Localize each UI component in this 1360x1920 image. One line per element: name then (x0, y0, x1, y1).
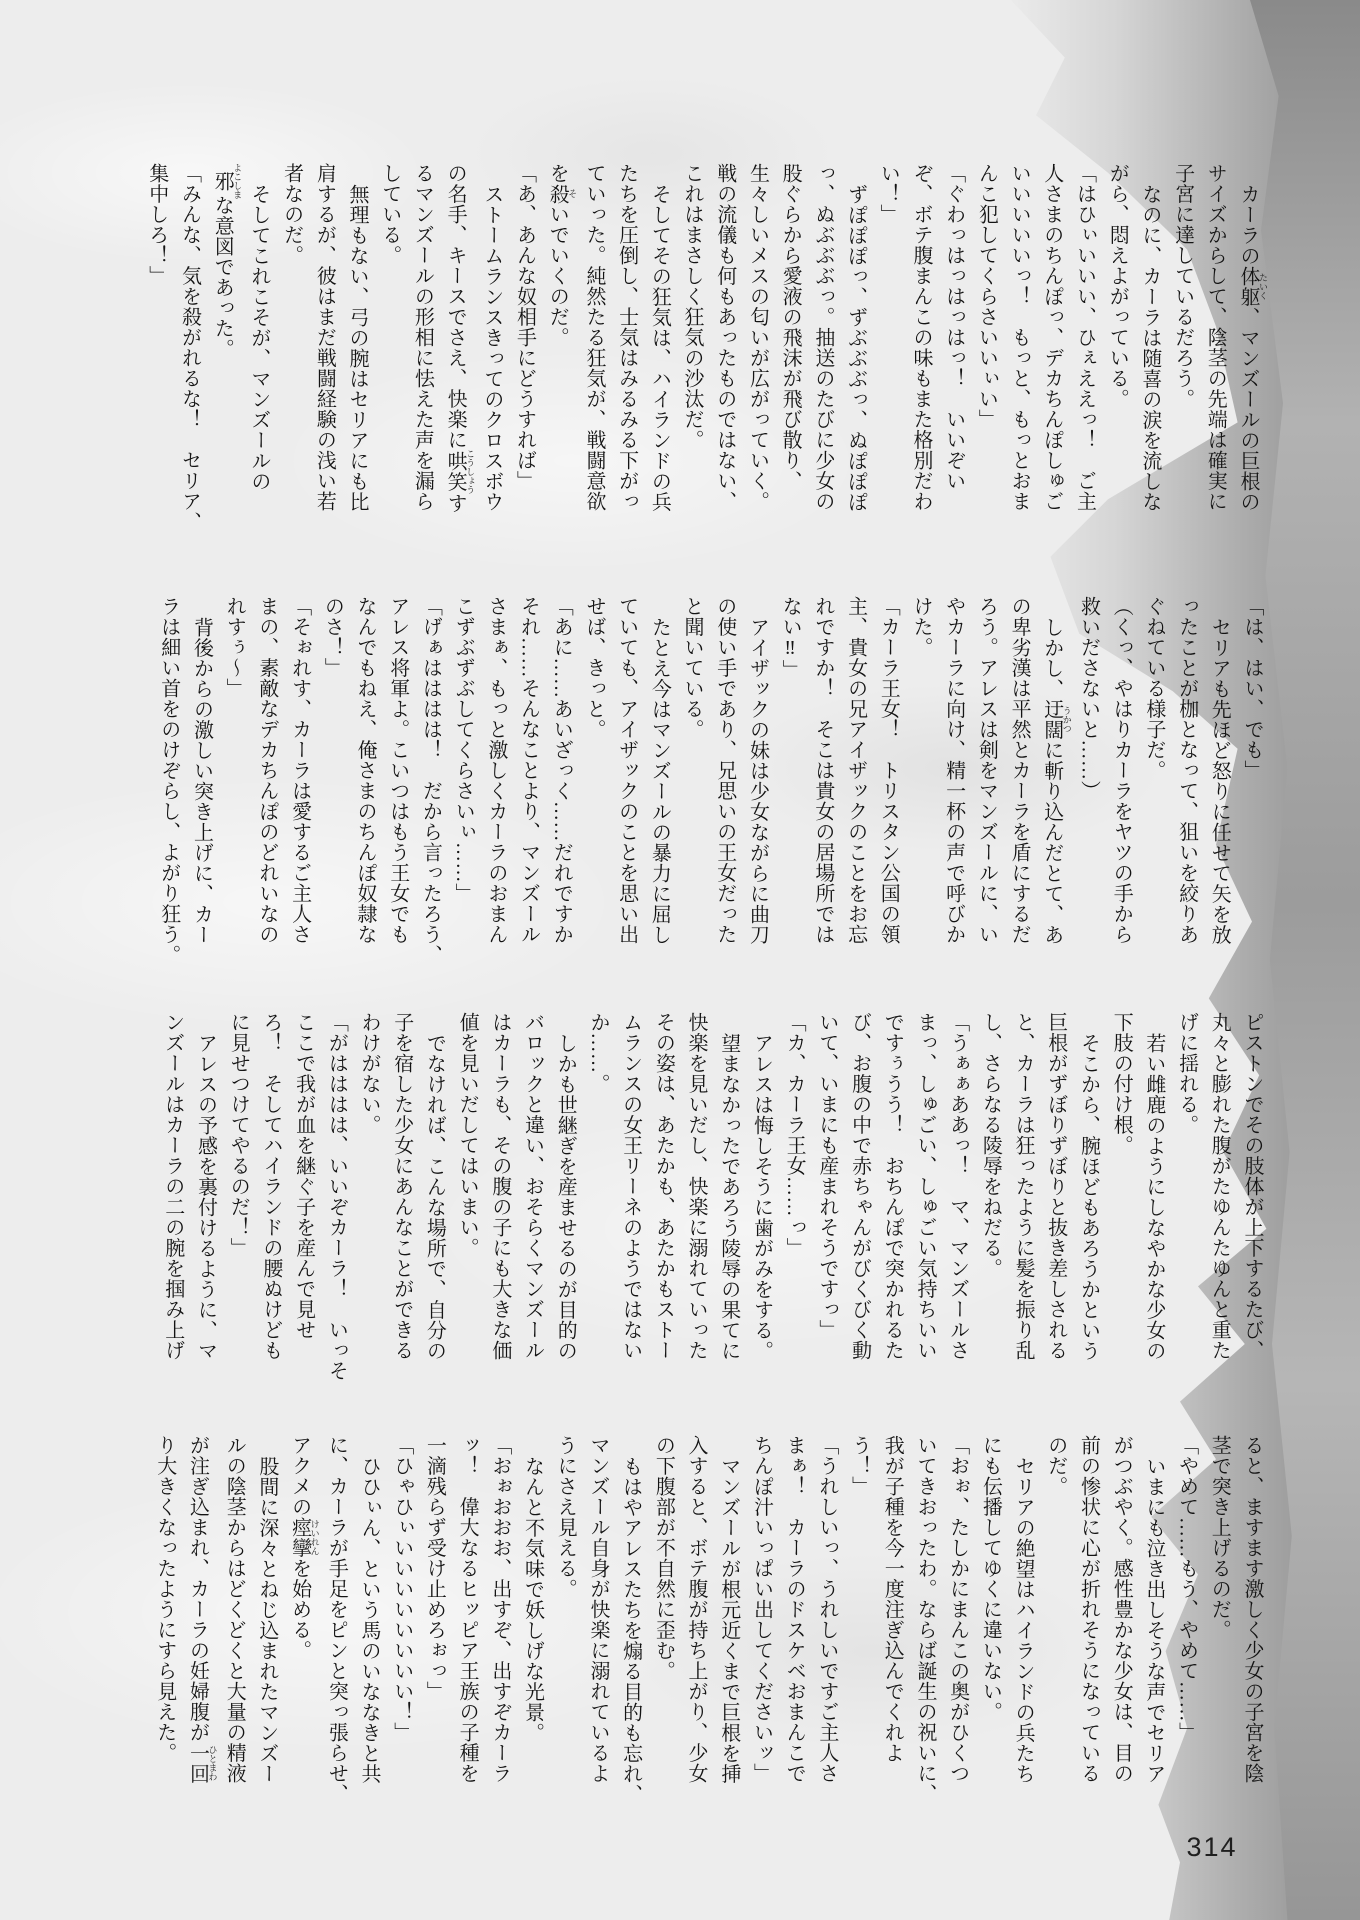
text-column: けた。 (904, 596, 937, 990)
text-column: 我が子種を今一度注ぎ込んでくれよ (876, 1435, 909, 1829)
text-column: そしてその狂気は、ハイランドの兵 (643, 163, 676, 557)
ruby-annotated-word: 殺そ (546, 184, 568, 205)
text-column: 茎で突き上げるのだ。 (1203, 1435, 1236, 1829)
text-column: いてきおったわ。ならば誕生の祝いに、 (908, 1435, 941, 1829)
text-column: のさ！」 (316, 596, 349, 990)
text-column: にも伝播してゆくに違いない。 (974, 1435, 1007, 1829)
text-column: ピストンでその肢体が上下するたび、 (1235, 1012, 1268, 1406)
text-column: う！」 (843, 1435, 876, 1829)
text-column: やカーラに向け、精一杯の声で呼びか (937, 596, 970, 990)
text-column: ラは細い首をのけぞらし、よがり狂う。 (152, 596, 185, 990)
text-column: いまにも泣き出しそうな声でセリア (1137, 1435, 1170, 1829)
text-column: マンズール自身が快楽に溺れているよ (581, 1435, 614, 1829)
text-column: 者なのだ。 (275, 163, 308, 557)
text-column: のだ。 (1039, 1435, 1072, 1829)
ruby-annotated-word: 体躯たいく (1237, 266, 1259, 307)
text-column: 入すると、ボテ腹が持ち上がり、少女 (679, 1435, 712, 1829)
text-column: 下肢の付け根。 (1104, 1012, 1137, 1406)
text-column: か……。 (581, 1012, 614, 1406)
text-column: の名手、キースでさえ、快楽に哄笑こうしょうす (438, 163, 475, 557)
text-column: こずぶずぶしてくらさいぃ……」 (446, 596, 479, 990)
text-column: さまぁ、もっと激しくカーラのおまん (479, 596, 512, 990)
text-column: っ、ぬぶぶぶっ。抽送のたびに少女の (806, 163, 839, 557)
ruby-annotated-word: 哄笑こうしょう (444, 450, 466, 493)
text-column: 子宮に達しているだろう。 (1166, 163, 1199, 557)
text-column: その姿は、あたかも、あたかもストー (647, 1012, 680, 1406)
text-column: ストームランスきってのクロスボウ (475, 163, 508, 557)
text-column: 若い雌鹿のようにしなやかな少女の (1137, 1012, 1170, 1406)
text-column: に見せつけてやるのだ！」 (222, 1012, 255, 1406)
text-column: い！」 (872, 163, 905, 557)
text-column: と、カーラは狂ったように髪を振り乱 (1006, 1012, 1039, 1406)
text-column: れですか！ そこは貴女の居場所では (806, 596, 839, 990)
text-column: ひひぃん、という馬のいななきと共 (352, 1435, 385, 1829)
text-column: 戦の流儀も何もあったものではない、 (708, 163, 741, 557)
text-column: を殺そいでいくのだ。 (541, 163, 578, 557)
text-column: ると、ますます激しく少女の子宮を陰 (1235, 1435, 1268, 1829)
text-column: ろ！ そしてハイランドの腰ぬけども (254, 1012, 287, 1406)
text-column: 股間に深々とねじ込まれたマンズー (250, 1435, 283, 1829)
ruby-annotated-word: 迂闊うかつ (1041, 699, 1063, 740)
text-column: ンズールはカーラの二の腕を掴み上げ (156, 1012, 189, 1406)
text-column: たちを圧倒し、士気はみるみる下がっ (610, 163, 643, 557)
text-column: 「あに……あいざっく……だれですか (545, 596, 578, 990)
text-column: 「は、はい、でも」 (1235, 596, 1268, 990)
text-column: もはやアレスたちを煽る目的も忘れ、 (614, 1435, 647, 1829)
text-column: アレス将軍よ。こいつはもう王女でも (381, 596, 414, 990)
text-column: しかも世継ぎを産ませるのが目的の (549, 1012, 582, 1406)
text-column: に、カーラが手足をピンと突っ張らせ、 (320, 1435, 353, 1829)
text-column: 「ひゃひぃいいいいいいいい！」 (385, 1435, 418, 1829)
text-column: バロックと違い、おそらくマンズール (516, 1012, 549, 1406)
text-column: んこ犯してくらさいいぃい」 (970, 163, 1003, 557)
text-column: セリアの絶望はハイランドの兵たち (1006, 1435, 1039, 1829)
text-column: 「おぉおおお、出すぞ、出すぞカーラ (483, 1435, 516, 1829)
text-column: 邪よこしまな意図であった。 (206, 163, 243, 557)
text-column: ぐねている様子だ。 (1137, 596, 1170, 990)
text-column: でなければ、こんな場所で、自分の (418, 1012, 451, 1406)
ruby-annotated-word: 一回ひとまわ (187, 1743, 209, 1784)
text-column: 望まなかったであろう陵辱の果てに (712, 1012, 745, 1406)
text-column: ッ！ 偉大なるヒッピア王族の子種を (450, 1435, 483, 1829)
text-column: 「おぉ、たしかにまんこの奥がひくつ (941, 1435, 974, 1829)
text-column: アレスは悔しそうに歯がみをする。 (745, 1012, 778, 1406)
text-column: 子を宿した少女にあんなことができる (385, 1012, 418, 1406)
text-column: 股ぐらから愛液の飛沫が飛び散り、 (773, 163, 806, 557)
text-column: いいいいいっ！ もっと、もっとおま (1002, 163, 1035, 557)
text-column: 肩するが、彼はまだ戦闘経験の浅い若 (308, 163, 341, 557)
text-column: し、さらなる陵辱をねだる。 (974, 1012, 1007, 1406)
text-column: （くっ、やはりカーラをヤツの手から (1104, 596, 1137, 990)
text-column: 救いださないと……） (1072, 596, 1105, 990)
text-column: 「うれしいっ、うれしいですご主人さ (810, 1435, 843, 1829)
text-column: しかし、迂闊うかつに斬り込んだとて、あ (1035, 596, 1072, 990)
text-column: まぁ！ カーラのドスケベおまんこで (777, 1435, 810, 1829)
text-column: がつぶやく。感性豊かな少女は、目の (1104, 1435, 1137, 1829)
text-column: せば、きっと。 (577, 596, 610, 990)
text-column: の下腹部が不自然に歪む。 (647, 1435, 680, 1829)
page-number: 314 (1152, 1832, 1272, 1863)
text-column: いて、いまにも産まれそうですっ」 (810, 1012, 843, 1406)
text-band-4: ると、ますます激しく少女の子宮を陰茎で突き上げるのだ。「やめて……もう、やめて…… (148, 1435, 1268, 1829)
text-column: 「カーラ王女！ トリスタン公国の領 (872, 596, 905, 990)
text-column: 「ぐわっはっはっはっ！ いいぞい (937, 163, 970, 557)
text-column: ずぽぽぽっ、ずぶぶぶっ、ぬぽぽぽ (839, 163, 872, 557)
text-column: の使い手であり、兄思いの王女だった (708, 596, 741, 990)
text-column: わけがない。 (352, 1012, 385, 1406)
ruby-annotated-word: 邪よこしま (211, 163, 233, 195)
text-column: 「そぉれす、カーラは愛するご主人さ (283, 596, 316, 990)
text-column: 「はひぃいいい、ひぇええっ！ ご主 (1068, 163, 1101, 557)
text-column: うにさえ見える。 (549, 1435, 582, 1829)
ruby-annotated-word: 痙攣けいれん (289, 1517, 311, 1558)
text-column: 「がはははは、いいぞカーラ！ いっそ (320, 1012, 353, 1406)
text-column: ていても、アイザックのことを思い出 (610, 596, 643, 990)
text-column: している。 (373, 163, 406, 557)
text-column: 一滴残らず受け止めろぉっ」 (418, 1435, 451, 1829)
text-column: サイズからして、陰茎の先端は確実に (1199, 163, 1232, 557)
text-band-2: 「は、はい、でも」セリアも先ほど怒りに任せて矢を放ったことが枷となって、狙いを絞… (152, 596, 1268, 990)
text-column: 値を見いだしてはいまい。 (450, 1012, 483, 1406)
text-column: 主、貴女の兄アイザックのことをお忘 (839, 596, 872, 990)
text-column: ない‼」 (773, 596, 806, 990)
text-column: たとえ今はマンズールの暴力に屈し (643, 596, 676, 990)
text-column: れすぅ〜」 (218, 596, 251, 990)
text-column: 快楽を見いだし、快楽に溺れていった (679, 1012, 712, 1406)
text-column: ですぅうう！ おちんぽで突かれるた (876, 1012, 909, 1406)
text-column: まっ、しゅごい、しゅごい気持ちいい (908, 1012, 941, 1406)
text-column: そしてこれこそが、マンズールの (242, 163, 275, 557)
text-column: カーラの体躯たいく、マンズールの巨根の (1231, 163, 1268, 557)
text-band-1: カーラの体躯たいく、マンズールの巨根のサイズからして、陰茎の先端は確実に子宮に達… (140, 163, 1268, 557)
text-column: ったことが枷となって、狙いを絞りあ (1170, 596, 1203, 990)
text-column: の卑劣漢は平然とカーラを盾にするだ (1002, 596, 1035, 990)
text-column: アイザックの妹は少女ながらに曲刀 (741, 596, 774, 990)
text-column: アクメの痙攣けいれんを始める。 (283, 1435, 320, 1829)
text-column: ここで我が血を継ぐ子を産んで見せ (287, 1012, 320, 1406)
text-column: まの、素敵なデカちんぽのどれいなの (250, 596, 283, 990)
text-column: がら、悶えよがっている。 (1100, 163, 1133, 557)
text-column: るマンズールの形相に怯えた声を漏ら (406, 163, 439, 557)
text-column: ろう。アレスは剣をマンズールに、い (970, 596, 1003, 990)
text-column: 集中しろ！」 (140, 163, 173, 557)
text-column: 「げぁはははは！ だから言ったろう、 (414, 596, 447, 990)
text-column: ムランスの女王リーネのようではない (614, 1012, 647, 1406)
text-column: 無理もない、弓の腕はセリアにも比 (340, 163, 373, 557)
text-column: 「カ、カーラ王女……っ」 (777, 1012, 810, 1406)
text-column: げに揺れる。 (1170, 1012, 1203, 1406)
text-column: なのに、カーラは随喜の涙を流しな (1133, 163, 1166, 557)
text-column: ちんぽ汁いっぱい出してくださいッ」 (745, 1435, 778, 1829)
text-column: ぞ、ボテ腹まんこの味もまた格別だわ (904, 163, 937, 557)
text-column: セリアも先ほど怒りに任せて矢を放 (1203, 596, 1236, 990)
text-column: なんでもねえ、俺さまのちんぽ奴隷な (348, 596, 381, 990)
text-column: そこから、腕ほどもあろうかという (1072, 1012, 1105, 1406)
text-column: 前の惨状に心が折れそうになっている (1072, 1435, 1105, 1829)
text-column: 生々しいメスの匂いが広がっていく。 (741, 163, 774, 557)
text-column: 「やめて……もう、やめて……」 (1170, 1435, 1203, 1829)
text-column: 背後からの激しい突き上げに、カー (185, 596, 218, 990)
text-column: マンズールが根元近くまで巨根を挿 (712, 1435, 745, 1829)
text-column: 丸々と膨れた腹がたゆんたゆんと重た (1203, 1012, 1236, 1406)
text-column: び、お腹の中で赤ちゃんがびくびく動 (843, 1012, 876, 1406)
text-column: ていった。純然たる狂気が、戦闘意欲 (577, 163, 610, 557)
text-column: はカーラも、その腹の子にも大きな価 (483, 1012, 516, 1406)
text-column: 「みんな、気を殺がれるな！ セリア、 (173, 163, 206, 557)
text-column: り大きくなったようにすら見えた。 (148, 1435, 181, 1829)
text-column: それ……そんなことより、マンズール (512, 596, 545, 990)
text-band-3: ピストンでその肢体が上下するたび、丸々と膨れた腹がたゆんたゆんと重たげに揺れる。… (156, 1012, 1268, 1406)
text-column: なんと不気味で妖しげな光景。 (516, 1435, 549, 1829)
text-column: 人さまのちんぽっ、デカちんぽしゅご (1035, 163, 1068, 557)
scanned-novel-page: { "page_number": "314", "bands": [ {"col… (0, 0, 1360, 1920)
text-column: 巨根がずぼりずぼりと抜き差しされる (1039, 1012, 1072, 1406)
text-column: これはまさしく狂気の沙汰だ。 (675, 163, 708, 557)
text-column: が注ぎ込まれ、カーラの妊婦腹が一回ひとまわ (181, 1435, 218, 1829)
text-column: 「うぁぁああっ！ マ、マンズールさ (941, 1012, 974, 1406)
text-column: アレスの予感を裏付けるように、マ (189, 1012, 222, 1406)
text-column: 「あ、あんな奴相手にどうすれば」 (508, 163, 541, 557)
text-column: ルの陰茎からはどくどくと大量の精液 (218, 1435, 251, 1829)
text-column: と聞いている。 (675, 596, 708, 990)
